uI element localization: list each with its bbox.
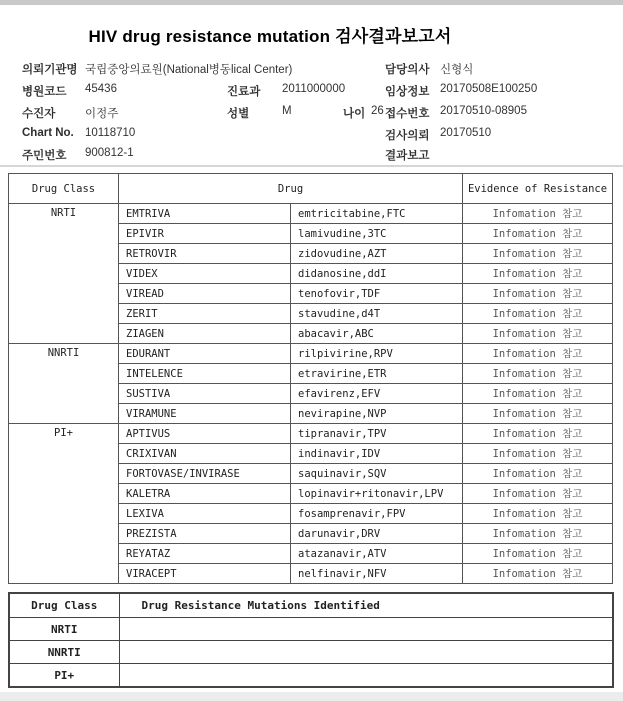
field-label-age: 나이 <box>343 105 365 121</box>
generic-cell: tenofovir,TDF <box>291 284 463 304</box>
mutations-drug-class-header: Drug Class <box>9 593 119 618</box>
field-label-resident-no: 주민번호 <box>22 147 66 163</box>
generic-cell: etravirine,ETR <box>291 364 463 384</box>
brand-cell: APTIVUS <box>119 424 291 444</box>
generic-cell: stavudine,d4T <box>291 304 463 324</box>
brand-cell: VIRAMUNE <box>119 404 291 424</box>
field-value-chart-no: 10118710 <box>85 127 135 139</box>
generic-cell: emtricitabine,FTC <box>291 204 463 224</box>
field-label-clinical-info: 임상정보 <box>385 83 429 99</box>
evidence-cell: Infomation 참고 <box>463 244 613 264</box>
brand-cell: VIREAD <box>119 284 291 304</box>
mutation-row: NNRTI <box>9 641 613 664</box>
brand-cell: EDURANT <box>119 344 291 364</box>
evidence-cell: Infomation 참고 <box>463 424 613 444</box>
evidence-header: Evidence of Resistance <box>463 174 613 204</box>
drug-row: NNRTIEDURANTrilpivirine,RPVInfomation 참고 <box>9 344 613 364</box>
brand-cell: EMTRIVA <box>119 204 291 224</box>
brand-cell: PREZISTA <box>119 524 291 544</box>
drug-table-header-row: Drug Class Drug Evidence of Resistance <box>9 174 613 204</box>
mutations-table: Drug Class Drug Resistance Mutations Ide… <box>8 592 614 688</box>
evidence-cell: Infomation 참고 <box>463 444 613 464</box>
mutation-drug-class-cell: PI+ <box>9 664 119 688</box>
generic-cell: nevirapine,NVP <box>291 404 463 424</box>
brand-cell: EPIVIR <box>119 224 291 244</box>
generic-cell: lopinavir+ritonavir,LPV <box>291 484 463 504</box>
drug-resistance-table: Drug Class Drug Evidence of Resistance N… <box>8 173 613 584</box>
field-label-sex: 성별 <box>227 105 249 121</box>
field-value-age: 26 <box>371 105 384 117</box>
evidence-cell: Infomation 참고 <box>463 364 613 384</box>
field-label-requesting-org: 의뢰기관명 <box>22 61 78 77</box>
window-top-edge <box>0 0 623 5</box>
brand-cell: REYATAZ <box>119 544 291 564</box>
drug-table-body: NRTIEMTRIVAemtricitabine,FTCInfomation 참… <box>9 204 613 584</box>
field-label-patient-name: 수진자 <box>22 105 55 121</box>
field-label-result-report-date: 결과보고 <box>385 147 429 163</box>
generic-cell: zidovudine,AZT <box>291 244 463 264</box>
field-label-test-request-date: 검사의뢰 <box>385 127 429 143</box>
field-label-receipt-no: 접수번호 <box>385 105 429 121</box>
field-label-chart-no: Chart No. <box>22 127 74 139</box>
mutations-identified-cell <box>119 641 613 664</box>
mutation-row: NRTI <box>9 618 613 641</box>
drug-class-cell: PI+ <box>9 424 119 584</box>
evidence-cell: Infomation 참고 <box>463 324 613 344</box>
drug-class-cell: NNRTI <box>9 344 119 424</box>
field-value-test-request-date: 20170510 <box>440 127 491 139</box>
field-value-clinical-info: 20170508E100250 <box>440 83 537 95</box>
drug-class-cell: NRTI <box>9 204 119 344</box>
generic-cell: nelfinavir,NFV <box>291 564 463 584</box>
mutations-identified-cell <box>119 664 613 688</box>
report-title: HIV drug resistance mutation 검사결과보고서 <box>0 22 540 47</box>
brand-cell: SUSTIVA <box>119 384 291 404</box>
evidence-cell: Infomation 참고 <box>463 284 613 304</box>
evidence-cell: Infomation 참고 <box>463 484 613 504</box>
evidence-cell: Infomation 참고 <box>463 524 613 544</box>
generic-cell: abacavir,ABC <box>291 324 463 344</box>
drug-row: NRTIEMTRIVAemtricitabine,FTCInfomation 참… <box>9 204 613 224</box>
brand-cell: VIRACEPT <box>119 564 291 584</box>
mutation-row: PI+ <box>9 664 613 688</box>
generic-cell: darunavir,DRV <box>291 524 463 544</box>
drug-row: PI+APTIVUStipranavir,TPVInfomation 참고 <box>9 424 613 444</box>
field-value-doctor: 신형식 <box>440 61 473 77</box>
mutation-drug-class-cell: NRTI <box>9 618 119 641</box>
mutations-header-row: Drug Class Drug Resistance Mutations Ide… <box>9 593 613 618</box>
brand-cell: LEXIVA <box>119 504 291 524</box>
generic-cell: lamivudine,3TC <box>291 224 463 244</box>
brand-cell: CRIXIVAN <box>119 444 291 464</box>
evidence-cell: Infomation 참고 <box>463 344 613 364</box>
evidence-cell: Infomation 참고 <box>463 544 613 564</box>
generic-cell: atazanavir,ATV <box>291 544 463 564</box>
evidence-cell: Infomation 참고 <box>463 504 613 524</box>
mutations-identified-cell <box>119 618 613 641</box>
field-label-doctor: 담당의사 <box>385 61 429 77</box>
mutations-table-body: NRTINNRTIPI+ <box>9 618 613 688</box>
generic-cell: didanosine,ddI <box>291 264 463 284</box>
mutations-identified-header: Drug Resistance Mutations Identified <box>119 593 613 618</box>
field-label-hospital-code: 병원코드 <box>22 83 66 99</box>
evidence-cell: Infomation 참고 <box>463 224 613 244</box>
window-bottom-edge <box>0 692 623 701</box>
drug-header: Drug <box>119 174 463 204</box>
drug-class-header: Drug Class <box>9 174 119 204</box>
field-value-department: 2011000000 <box>282 83 345 95</box>
field-value-requesting-org: 국립중앙의료원(National병동lical Center) <box>85 61 292 77</box>
section-divider <box>0 165 623 167</box>
evidence-cell: Infomation 참고 <box>463 204 613 224</box>
evidence-cell: Infomation 참고 <box>463 464 613 484</box>
field-value-resident-no: 900812-1 <box>85 147 134 159</box>
evidence-cell: Infomation 참고 <box>463 564 613 584</box>
field-value-sex: M <box>282 105 292 117</box>
generic-cell: saquinavir,SQV <box>291 464 463 484</box>
generic-cell: indinavir,IDV <box>291 444 463 464</box>
field-value-receipt-no: 20170510-08905 <box>440 105 527 117</box>
evidence-cell: Infomation 참고 <box>463 404 613 424</box>
generic-cell: tipranavir,TPV <box>291 424 463 444</box>
brand-cell: KALETRA <box>119 484 291 504</box>
brand-cell: FORTOVASE/INVIRASE <box>119 464 291 484</box>
generic-cell: efavirenz,EFV <box>291 384 463 404</box>
evidence-cell: Infomation 참고 <box>463 384 613 404</box>
brand-cell: RETROVIR <box>119 244 291 264</box>
field-value-patient-name: 이정주 <box>85 105 118 121</box>
evidence-cell: Infomation 참고 <box>463 304 613 324</box>
evidence-cell: Infomation 참고 <box>463 264 613 284</box>
generic-cell: fosamprenavir,FPV <box>291 504 463 524</box>
field-label-department: 진료과 <box>227 83 260 99</box>
brand-cell: INTELENCE <box>119 364 291 384</box>
generic-cell: rilpivirine,RPV <box>291 344 463 364</box>
brand-cell: ZERIT <box>119 304 291 324</box>
field-value-hospital-code: 45436 <box>85 83 117 95</box>
mutation-drug-class-cell: NNRTI <box>9 641 119 664</box>
brand-cell: VIDEX <box>119 264 291 284</box>
brand-cell: ZIAGEN <box>119 324 291 344</box>
